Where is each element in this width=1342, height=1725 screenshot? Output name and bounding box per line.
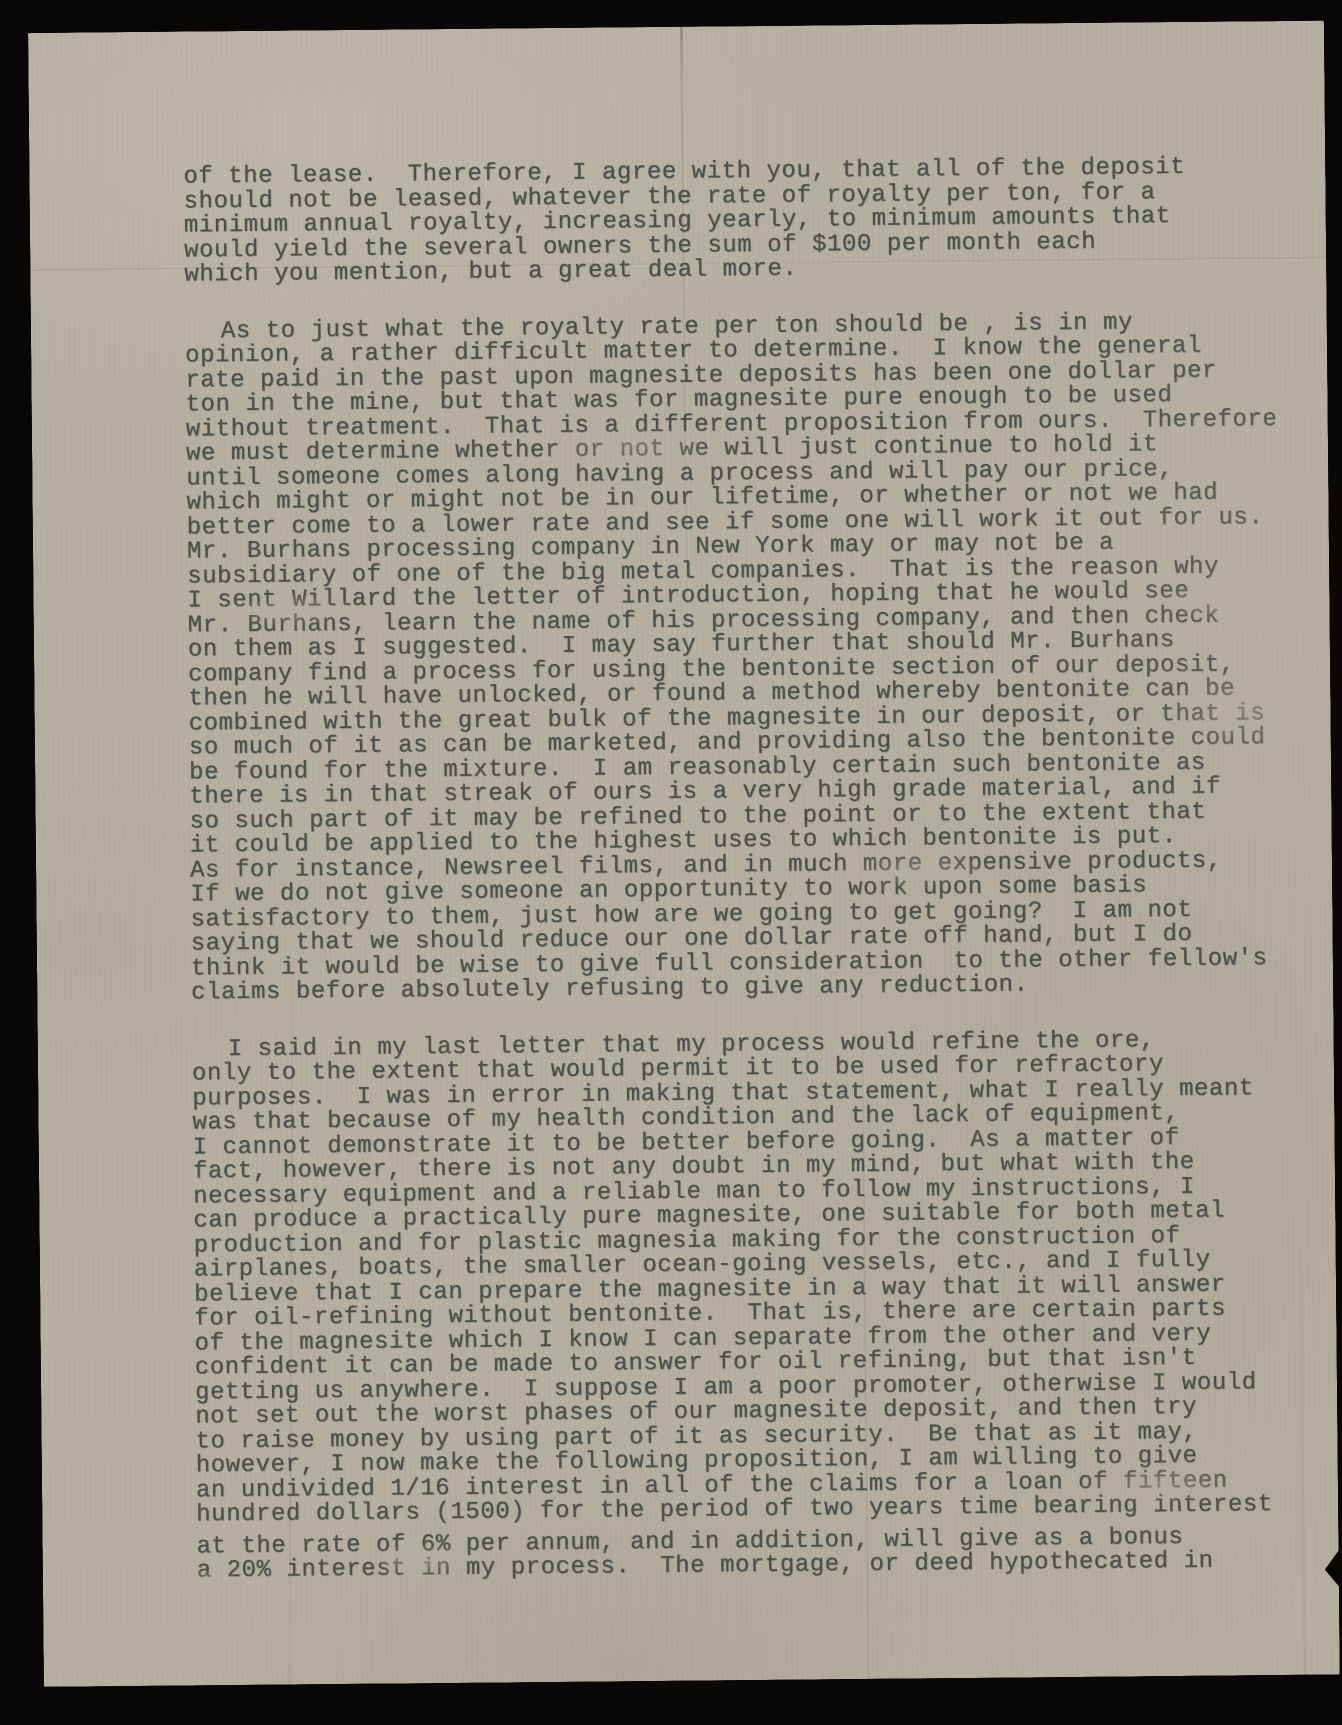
letter-page: of the lease. Therefore, I agree with yo… — [28, 21, 1340, 1687]
letter-body: of the lease. Therefore, I agree with yo… — [183, 155, 1327, 1584]
scan-background: of the lease. Therefore, I agree with yo… — [0, 0, 1342, 1725]
paragraph: As to just what the royalty rate per ton… — [185, 309, 1322, 1006]
paragraph: of the lease. Therefore, I agree with yo… — [183, 155, 1314, 288]
paragraph: I said in my last letter that my process… — [192, 1027, 1327, 1584]
